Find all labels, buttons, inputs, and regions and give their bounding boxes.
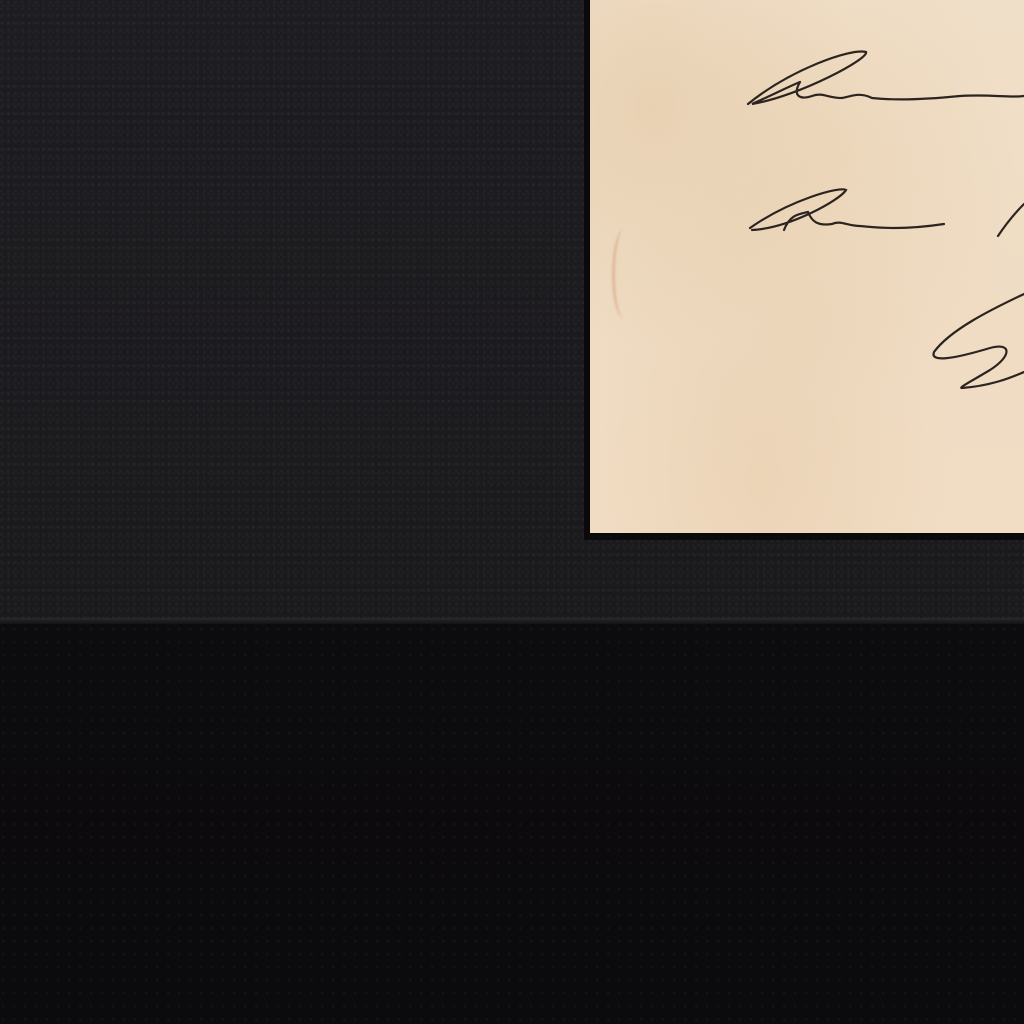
paper-stain xyxy=(612,226,637,320)
mat-lower xyxy=(0,624,1024,1024)
